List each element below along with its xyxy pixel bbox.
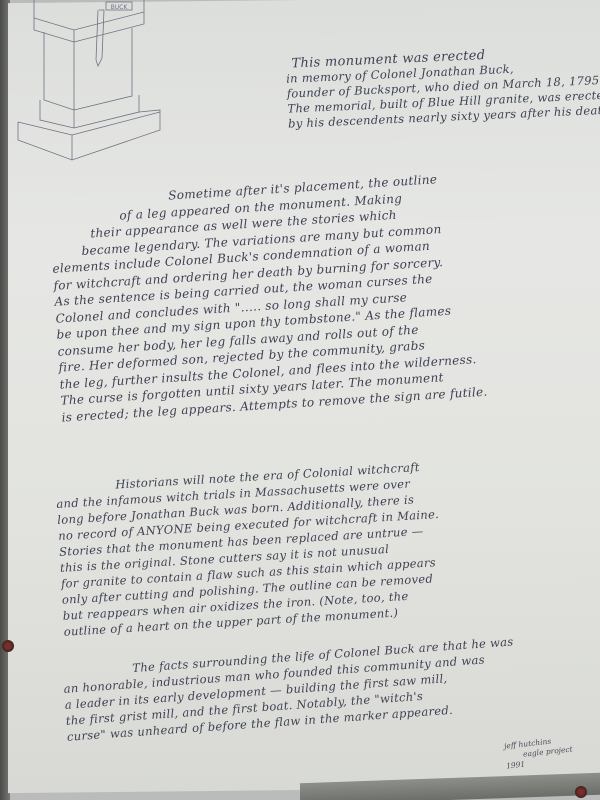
monument-drawing-icon: BUCK: [14, 0, 164, 170]
legend-paragraph: Sometime after it's placement, the outli…: [48, 169, 488, 426]
svg-text:BUCK: BUCK: [111, 4, 129, 11]
historians-paragraph: Historians will note the era of Colonial…: [55, 458, 445, 640]
bolt-icon: [575, 786, 587, 798]
intro-paragraph: This monument was erected in memory of C…: [285, 48, 488, 132]
bolt-icon: [2, 640, 14, 652]
